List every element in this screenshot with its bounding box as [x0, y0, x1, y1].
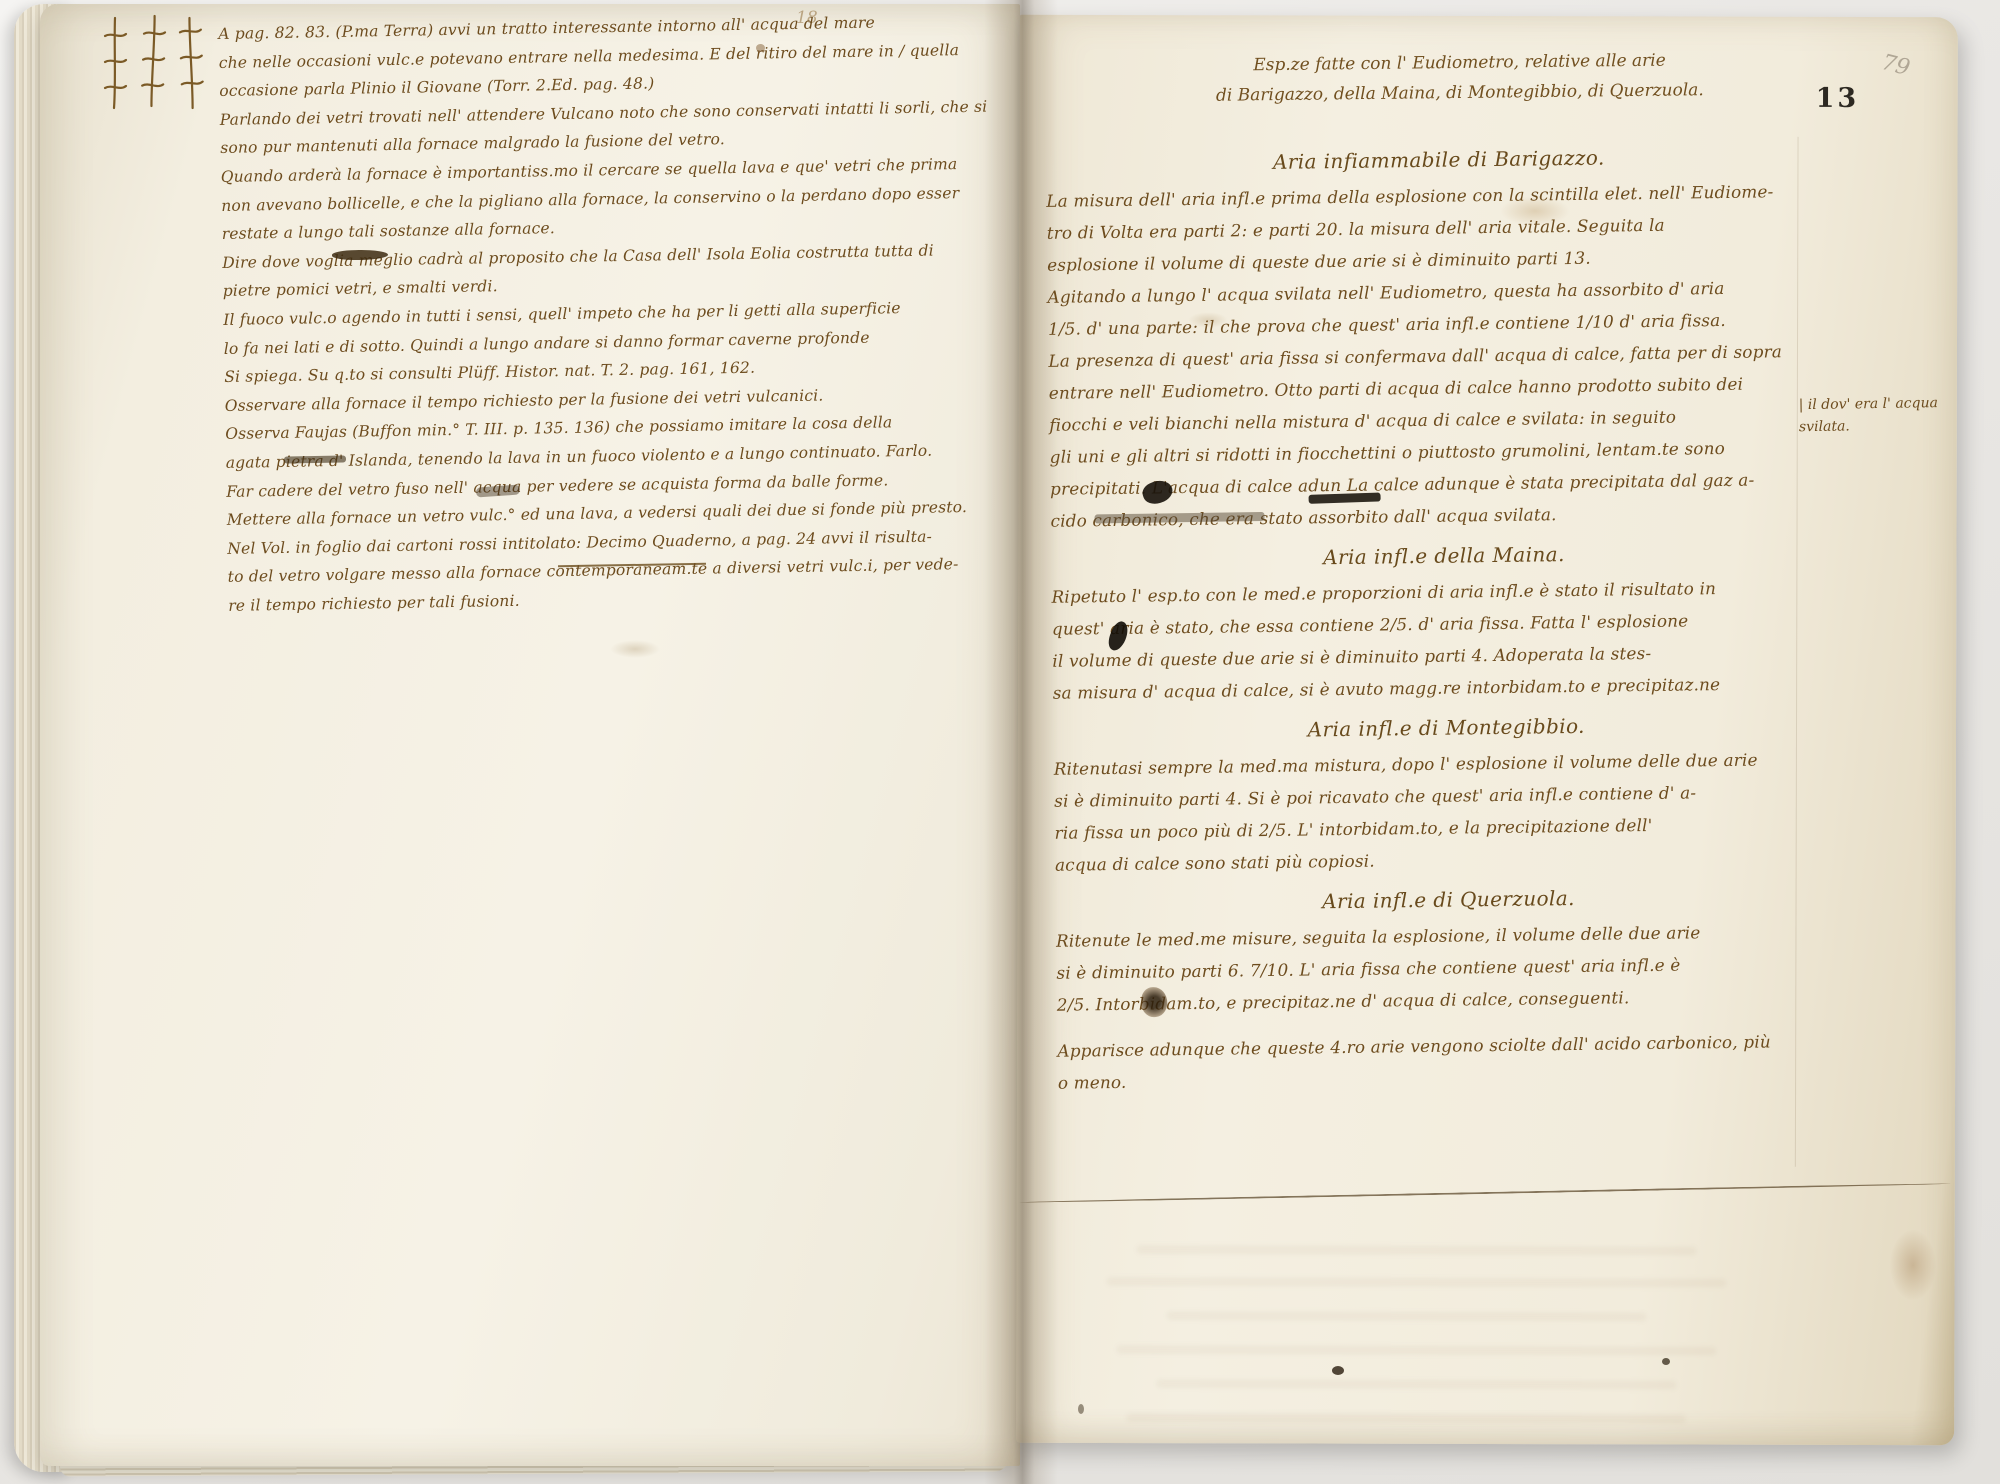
corner-tally-marks [102, 12, 204, 112]
left-page-text-block: A pag. 82. 83. (P.ma Terra) avvi un trat… [218, 6, 1028, 620]
manuscript-photo: 18 A pag. 82. 83. (P.ma Terra) avvi un t… [0, 0, 2000, 1484]
tally-mark-icon [138, 12, 167, 113]
right-page-title: Esp.ze fatte con l' Eudiometro, relative… [1159, 45, 1760, 112]
section-heading: Aria infl.e della Maina. [1051, 539, 1837, 573]
section-heading: Aria infiammabile di Barigazzo. [1046, 143, 1832, 177]
section-heading: Aria infl.e di Querzuola. [1055, 882, 1841, 916]
left-page: 18 A pag. 82. 83. (P.ma Terra) avvi un t… [40, 4, 1020, 1466]
pencil-folio-number: 79 [1879, 50, 1912, 81]
tally-mark-icon [176, 12, 205, 113]
hand-drawn-rule [1019, 1183, 1951, 1204]
right-page: 13 79 Esp.ze fatte con l' Eudiometro, re… [1016, 15, 1958, 1445]
section-heading: Aria infl.e di Montegibbio. [1053, 711, 1839, 745]
tally-mark-icon [102, 12, 128, 112]
right-page-text-block: Aria infiammabile di Barigazzo. La misur… [1046, 131, 1844, 1099]
title-line: di Barigazzo, della Maina, di Montegibbi… [1160, 75, 1760, 112]
page-number-stamp: 13 [1816, 83, 1860, 114]
strikethrough-mark [284, 455, 346, 463]
ink-blot [1141, 987, 1167, 1017]
